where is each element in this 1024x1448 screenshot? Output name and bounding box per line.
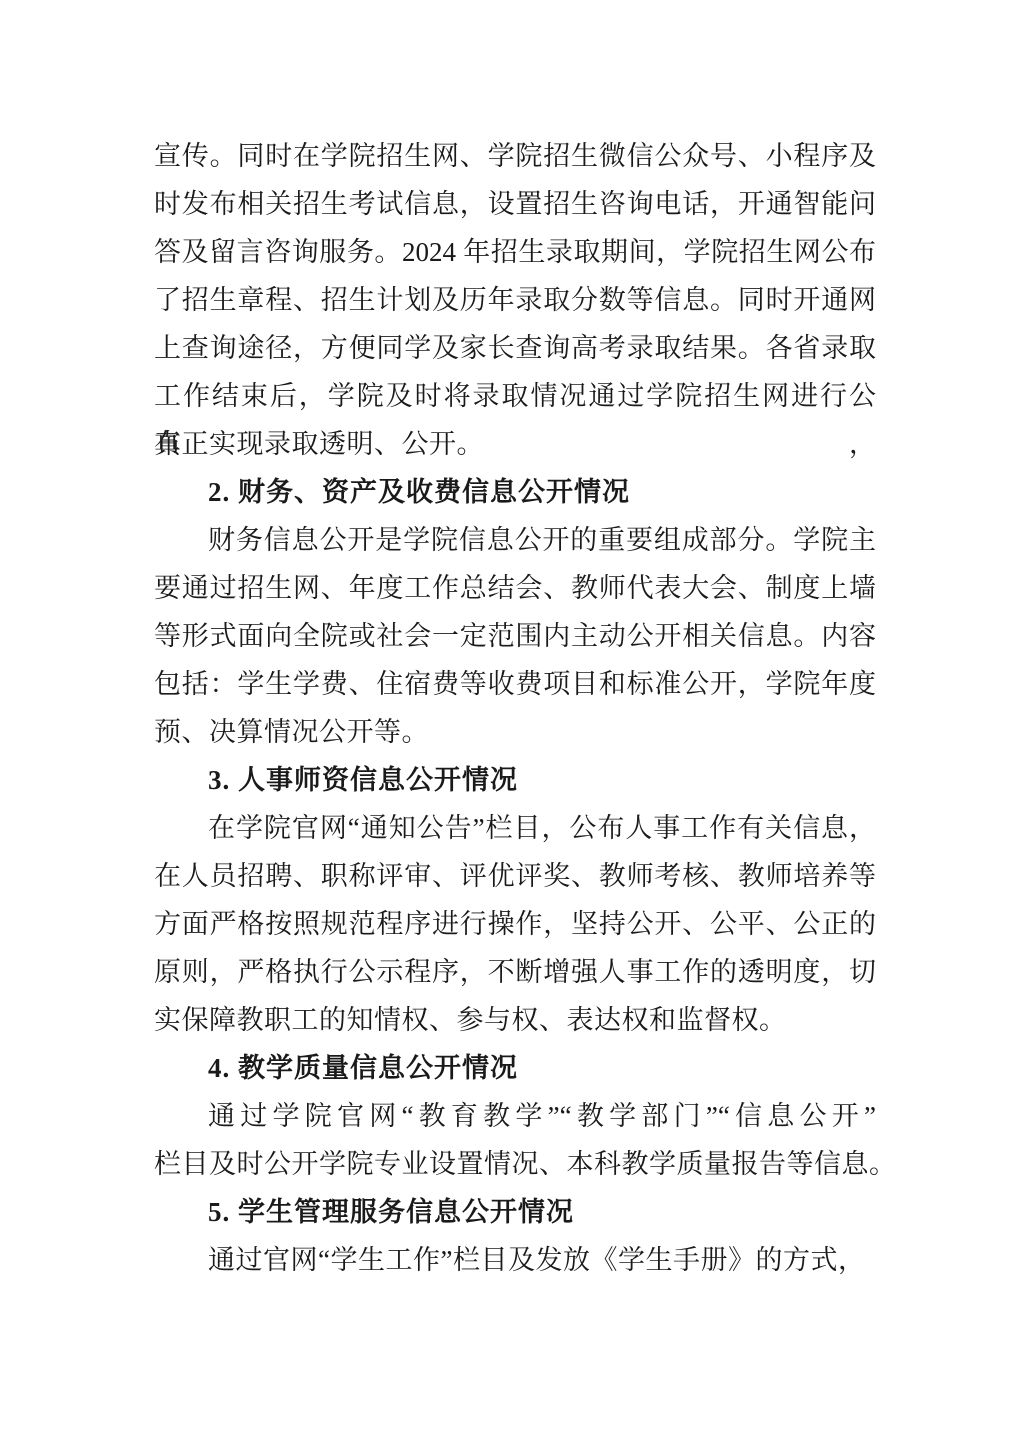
document-content: 宣传。同时在学院招生网、学院招生微信公众号、小程序及时发布相关招生考试信息，设置… — [154, 132, 876, 1284]
heading-finance-assets-fees-disclosure: 2. 财务、资产及收费信息公开情况 — [154, 468, 876, 516]
heading-text: 5. 学生管理服务信息公开情况 — [154, 1188, 876, 1236]
paragraph-line: 了招生章程、招生计划及历年录取分数等信息。同时开通网 — [154, 276, 876, 324]
paragraph-teaching-quality-disclosure: 通过学院官网“教育教学”“教学部门”“信息公开”栏目及时公开学院专业设置情况、本… — [154, 1092, 876, 1188]
paragraph-line: 在人员招聘、职称评审、评优评奖、教师考核、教师培养等 — [154, 852, 876, 900]
heading-student-management-services-disclosure: 5. 学生管理服务信息公开情况 — [154, 1188, 876, 1236]
paragraph-line: 在学院官网“通知公告”栏目，公布人事工作有关信息， — [154, 804, 876, 852]
paragraph-line: 包括：学生学费、住宿费等收费项目和标准公开，学院年度 — [154, 660, 876, 708]
paragraph-line: 通过学院官网“教育教学”“教学部门”“信息公开” — [154, 1092, 876, 1140]
paragraph-line: 要通过招生网、年度工作总结会、教师代表大会、制度上墙 — [154, 564, 876, 612]
heading-hr-faculty-disclosure: 3. 人事师资信息公开情况 — [154, 756, 876, 804]
paragraph-line: 宣传。同时在学院招生网、学院招生微信公众号、小程序及 — [154, 132, 876, 180]
paragraph-line: 原则，严格执行公示程序，不断增强人事工作的透明度，切 — [154, 948, 876, 996]
paragraph-line: 答及留言咨询服务。2024 年招生录取期间，学院招生网公布 — [154, 228, 876, 276]
paragraph-line: 时发布相关招生考试信息，设置招生咨询电话，开通智能问 — [154, 180, 876, 228]
paragraph-line: 工作结束后，学院及时将录取情况通过学院招生网进行公布， — [154, 372, 876, 420]
paragraph-line: 栏目及时公开学院专业设置情况、本科教学质量报告等信息。 — [154, 1140, 876, 1188]
heading-text: 3. 人事师资信息公开情况 — [154, 756, 876, 804]
heading-text: 2. 财务、资产及收费信息公开情况 — [154, 468, 876, 516]
paragraph-line: 预、决算情况公开等。 — [154, 708, 876, 756]
paragraph-student-management-services-disclosure: 通过官网“学生工作”栏目及发放《学生手册》的方式， — [154, 1236, 876, 1284]
paragraph-hr-faculty-disclosure: 在学院官网“通知公告”栏目，公布人事工作有关信息，在人员招聘、职称评审、评优评奖… — [154, 804, 876, 1044]
paragraph-line: 实保障教职工的知情权、参与权、表达权和监督权。 — [154, 996, 876, 1044]
paragraph-finance-assets-fees-disclosure: 财务信息公开是学院信息公开的重要组成部分。学院主要通过招生网、年度工作总结会、教… — [154, 516, 876, 756]
paragraph-line: 通过官网“学生工作”栏目及发放《学生手册》的方式， — [154, 1236, 876, 1284]
paragraph-admissions-disclosure-continued: 宣传。同时在学院招生网、学院招生微信公众号、小程序及时发布相关招生考试信息，设置… — [154, 132, 876, 468]
heading-teaching-quality-disclosure: 4. 教学质量信息公开情况 — [154, 1044, 876, 1092]
heading-text: 4. 教学质量信息公开情况 — [154, 1044, 876, 1092]
document-page: 宣传。同时在学院招生网、学院招生微信公众号、小程序及时发布相关招生考试信息，设置… — [0, 0, 1024, 1448]
paragraph-line: 方面严格按照规范程序进行操作，坚持公开、公平、公正的 — [154, 900, 876, 948]
paragraph-line: 等形式面向全院或社会一定范围内主动公开相关信息。内容 — [154, 612, 876, 660]
paragraph-line: 财务信息公开是学院信息公开的重要组成部分。学院主 — [154, 516, 876, 564]
paragraph-line: 上查询途径，方便同学及家长查询高考录取结果。各省录取 — [154, 324, 876, 372]
